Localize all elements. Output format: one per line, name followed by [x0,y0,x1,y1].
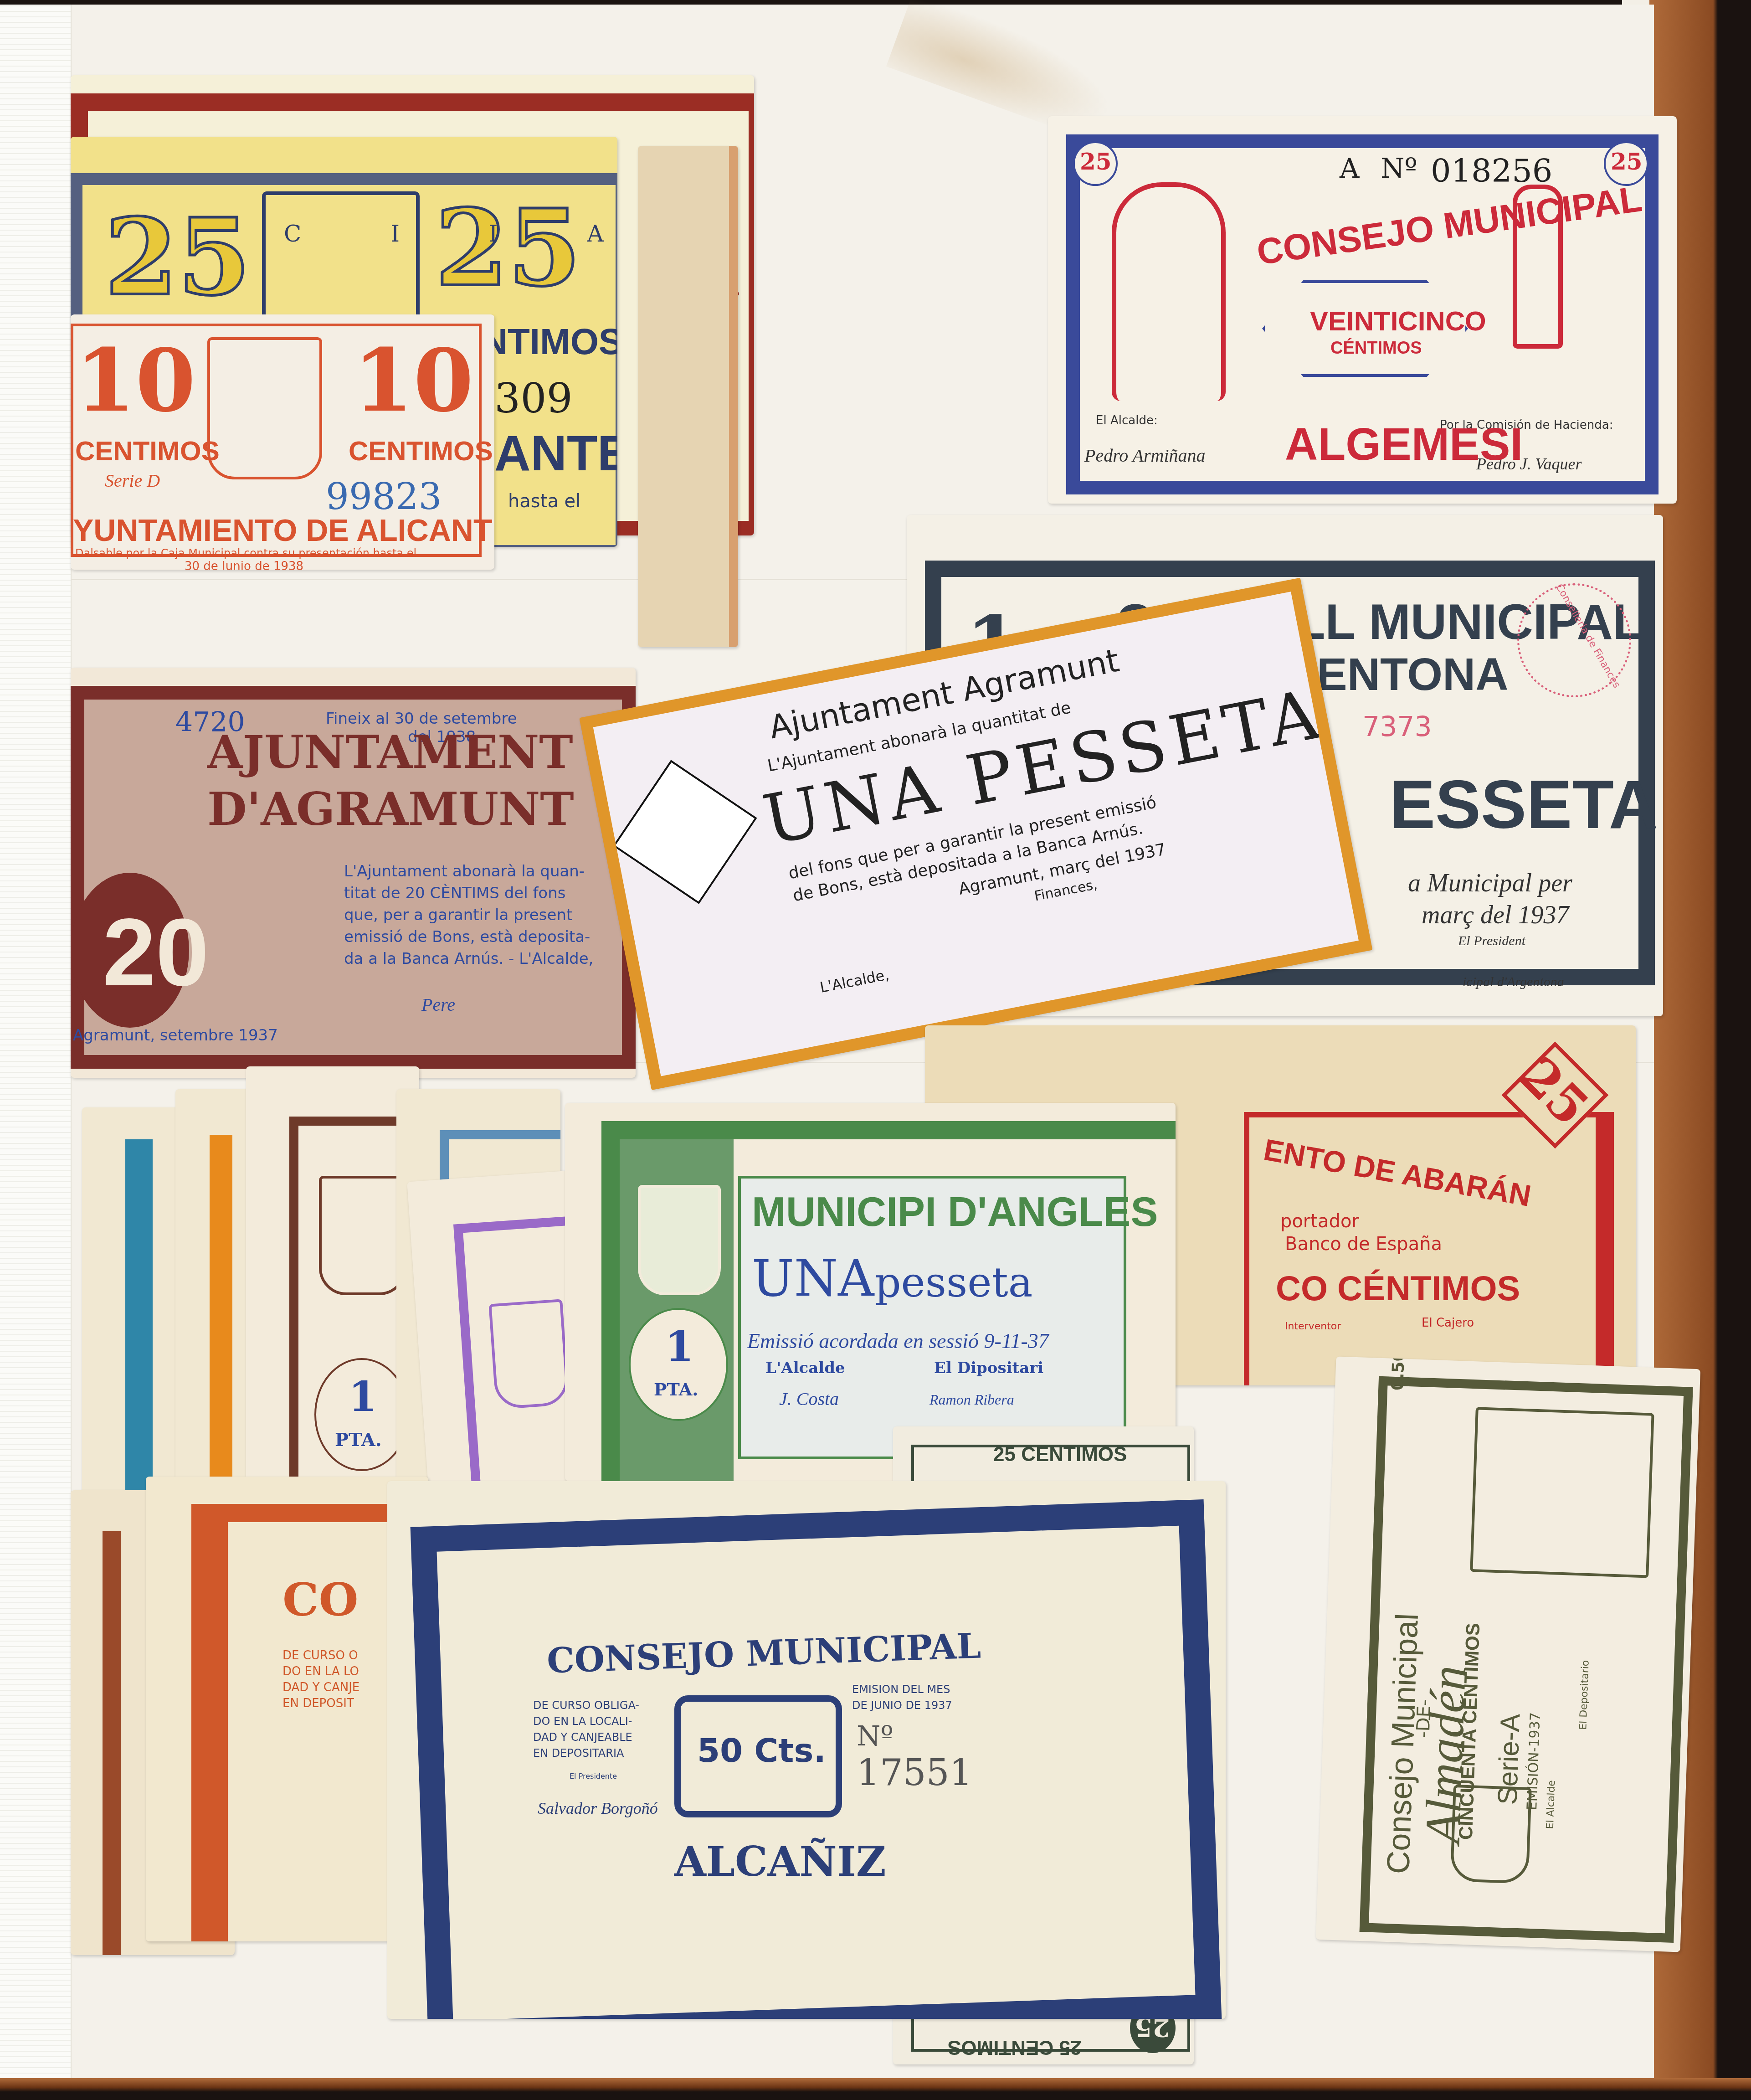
value-left: 10 [75,337,195,424]
title-line-2: D'AGRAMUNT [207,786,574,832]
president-label: El President [1458,934,1525,948]
album-background: A 9 E el 25 25 CENTIMOS 309 ANTE hasta e… [0,0,1751,2100]
body-line: DO EN LA LOCALI- [533,1716,632,1727]
coat-of-arms [319,1176,406,1295]
redeem-partial: hasta el [508,492,580,510]
depositary-label: El Dipositari [934,1360,1043,1376]
corner-value: 25 [1080,150,1112,173]
denomination: VEINTICINCO [1310,308,1486,335]
coat-of-arms [488,1299,570,1410]
body-line: EN DEPOSIT [282,1698,354,1709]
note-angles-brown[interactable]: 1 PTA. [246,1066,419,1518]
bank-line: Banco de España [1285,1235,1442,1253]
value-left: 25 [105,205,251,310]
denomination-word: UNA [752,1253,874,1303]
body-line: DO EN LA LO [282,1666,359,1678]
value-right: 25 [435,196,581,301]
title: MUNICIPI D'ANGLES [752,1192,1158,1233]
coat-of-arms [207,337,322,479]
unit-label: CÉNTIMOS [1330,340,1422,357]
serial-label: Nº [1381,155,1417,182]
crest-letters: C I I A [284,222,617,245]
unit-label: PTA. [654,1381,698,1398]
mayor-signature: J. Costa [779,1390,839,1408]
unit-label-left: CENTIMOS [75,437,220,465]
body-line: titat de 20 CÈNTIMS del fons [344,885,565,901]
note-alicante-10[interactable]: 10 10 CENTIMOS CENTIMOS Serie D 99823 YU… [71,314,494,570]
issuer-name: YUNTAMIENTO DE ALICANTE [73,515,494,546]
note-alcaniz-orange[interactable]: CO DE CURSO O DO EN LA LO DAD Y CANJE EN… [146,1477,428,1941]
serial-number: 7373 [1362,713,1432,741]
mayor-label: El Alcalde [1546,1780,1557,1829]
value: 20 [103,905,209,1000]
value: 1 [349,1376,377,1417]
mayor-label: El Alcalde: [1096,415,1158,427]
body-line: que, per a garantir la present [344,907,572,923]
expiry-date: 30 de Junio de 1938 [185,561,303,570]
cashier-label: El Cajero [1422,1317,1474,1329]
note-alcaniz-50[interactable]: CONSEJO MUNICIPAL DE CURSO OBLIGA- DO EN… [387,1481,1226,2019]
body-line: DE CURSO OBLIGA- [533,1700,639,1711]
note-almaden-50[interactable]: 0.50 Consejo Municipal -DE- Almadén CINC… [1316,1356,1700,1952]
raised-fist-arm [1513,185,1563,349]
body-line: DAD Y CANJEABLE [533,1732,632,1743]
note-alicante-orange[interactable] [638,146,738,647]
value: 1 [665,1326,694,1367]
value-text-top: 25 CENTIMOS [993,1445,1127,1465]
note-algemesi-25[interactable]: 25 25 A Nº 018256 CONSEJO MUNICIPAL VEIN… [1048,116,1677,504]
series-letter: A [1340,155,1359,182]
expiry-line: Fineix al 30 de setembre [326,711,517,726]
title-line-1: AJUNTAMENT [207,729,573,775]
denomination: CO CÉNTIMOS [1276,1271,1520,1306]
serial-number: 018256 [1431,155,1552,187]
album-hinge [0,5,72,2078]
serial-number: 309 [494,378,573,419]
body-line: DAD Y CANJE [282,1682,359,1693]
series-label: Serie D [105,472,160,490]
footer-date: Agramunt, setembre 1937 [73,1028,278,1043]
note-angles-1[interactable]: 1 PTA. MUNICIPI D'ANGLES UNA pesseta Emi… [565,1103,1176,1481]
issuer-partial: ANTE [494,428,617,479]
mayor-label: L'Alcalde [765,1360,845,1376]
coat-of-arms-diamond [613,760,757,904]
value-text-bottom: 25 CENTIMOS [948,2037,1081,2057]
emission-line: EMISION DEL MES [852,1684,950,1695]
value-right: 10 [353,337,473,424]
title-partial: CO [282,1577,359,1622]
denomination: ESSETA [1390,770,1658,839]
body-line: DE CURSO O [282,1650,358,1662]
issue-line: Emissió acordada en sessió 9-11-37 [747,1331,1049,1352]
note-agramunt-20[interactable]: 4720 Fineix al 30 de setembre del 1938 A… [71,668,636,1078]
redeem-text: Dalsable por la Caja Municipal contra su… [75,548,416,559]
president-label: El Presidente [570,1773,617,1780]
town-hall-illustration [1470,1407,1654,1578]
corner-value: 0.50 [1390,1356,1407,1390]
signature: Pere [421,996,455,1014]
town-name: ALCAÑIZ [674,1841,886,1882]
body-line: da a la Banca Arnús. - L'Alcalde, [344,951,593,967]
issue-date: març del 1937 [1422,902,1569,928]
body-line: L'Ajuntament abonarà la quan- [344,864,585,879]
denomination-unit: pesseta [875,1262,1032,1303]
president-signature: Salvador Borgoñó [538,1800,658,1817]
body-line: emissió de Bons, està deposita- [344,929,590,945]
interventor-label: Interventor [1285,1322,1341,1332]
issue-line: a Municipal per [1408,870,1572,896]
corner-value: 25 [1611,150,1643,173]
bearer-line: portador [1280,1212,1359,1230]
mayor-signature: Pedro Armiñana [1084,447,1206,465]
footer-text: icipal d'Argentona [1463,975,1564,989]
serial-number: 17551 [857,1755,973,1791]
depositary-label: El Depositario [1578,1660,1591,1730]
serial-number: 99823 [326,479,442,515]
mayor-label: L'Alcalde, [819,967,890,995]
album-cover-bottom [0,2078,1751,2100]
body-line: EN DEPOSITARIA [533,1748,624,1759]
depositary-signature: Ramon Ribera [929,1392,1014,1407]
coat-of-arms [1450,1785,1532,1884]
town-name: ALGEMESI [1285,422,1523,467]
unit-label: PTA. [335,1431,382,1449]
coat-of-arms [638,1185,721,1295]
unit-label-right: CENTIMOS [349,437,493,465]
serial-label: Nº [857,1723,893,1750]
denomination: 50 Cts. [697,1734,826,1767]
republic-woman-portrait [1112,182,1226,401]
emission-line: DE JUNIO DE 1937 [852,1700,952,1711]
